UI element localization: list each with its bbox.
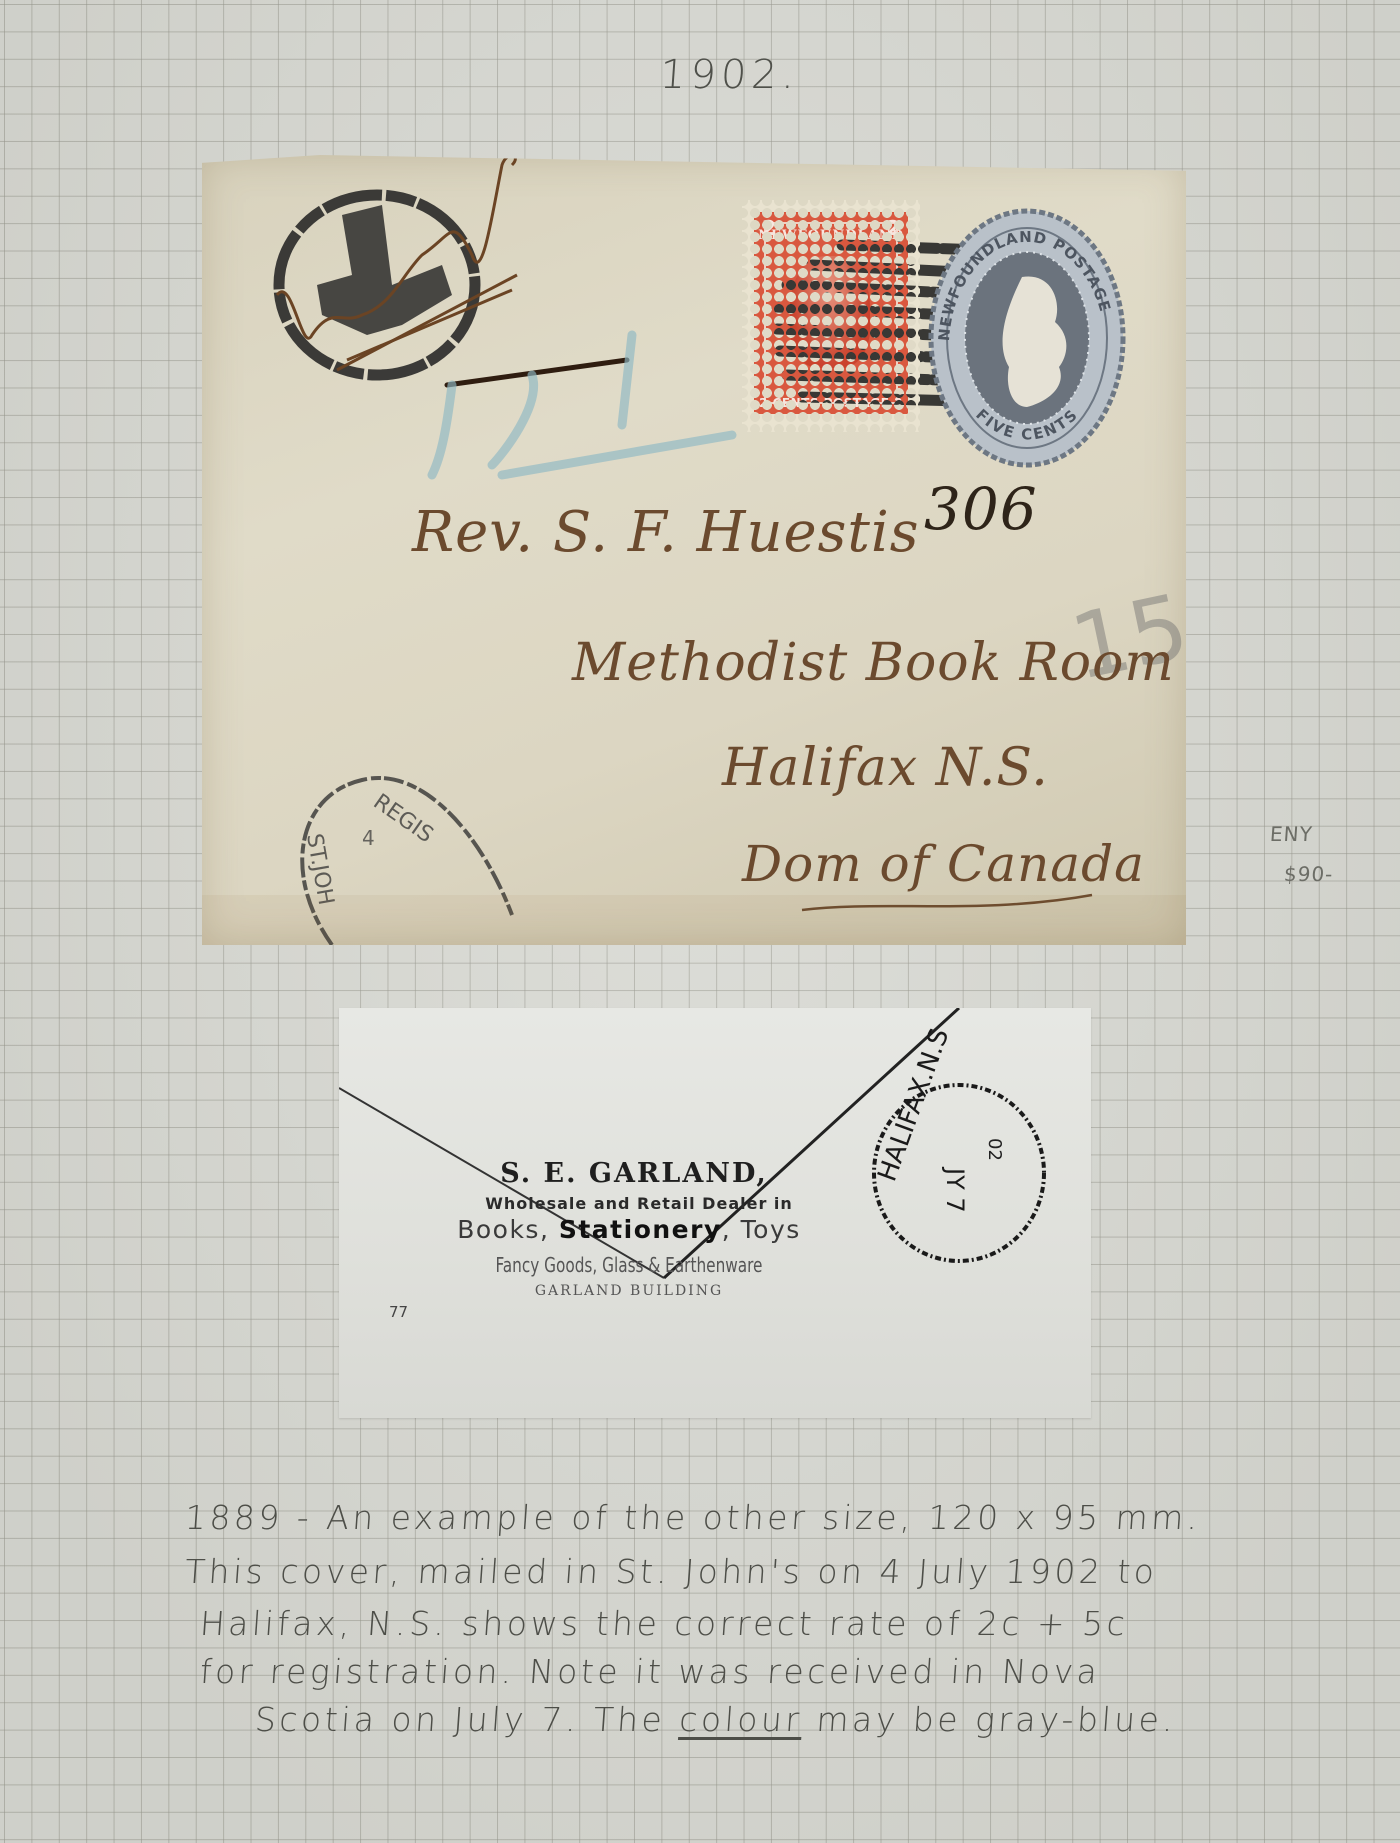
description-line-5-end: may be gray-blue. — [801, 1700, 1178, 1739]
newfoundland-2c-stamp: 2 2 NEWFOUNDLAND 2 CENTS POSTAGE 2 — [742, 200, 920, 432]
description-underlined-word: colour — [678, 1700, 804, 1739]
address-reference-number: 306 — [924, 475, 1038, 543]
imprint-books: Books, — [457, 1215, 559, 1244]
king-edward-portrait-icon — [790, 256, 870, 368]
margin-note-price: $90- — [1283, 862, 1334, 886]
imprint-stationery: Stationery — [559, 1215, 722, 1244]
stamp-value-label: 2 CENTS POSTAGE 2 — [754, 396, 908, 410]
stamp-face: 2 2 NEWFOUNDLAND 2 CENTS POSTAGE 2 — [754, 212, 908, 414]
margin-note-code: ENY — [1269, 822, 1314, 846]
imprint-street-number: 77 — [389, 1303, 408, 1321]
postmark-text-registered: REGIS — [369, 789, 438, 848]
cover-back-photocopy: HALIFAX.N.S JY 7 02 S. E. GARLAND, Whole… — [339, 1008, 1091, 1418]
imprint-line-4: GARLAND BUILDING — [379, 1283, 879, 1299]
imprint-line-1: Wholesale and Retail Dealer in — [389, 1194, 889, 1213]
address-line-3: Halifax N.S. — [722, 738, 1049, 798]
description-line-2: This cover, mailed in St. John's on 4 Ju… — [184, 1552, 1159, 1591]
cover-front: REGIS ST.JOH 4 2 2 NEWFOUNDLAND 2 CENTS … — [202, 155, 1186, 945]
svg-text:02: 02 — [984, 1138, 1005, 1161]
description-line-3: Halifax, N.S. shows the correct rate of … — [199, 1604, 1130, 1643]
address-name: Rev. S. F. Huestis — [412, 500, 920, 565]
stamp-country: NEWFOUNDLAND — [754, 228, 908, 243]
five-cent-indicium: NEWFOUNDLAND POSTAGE FIVE CENTS — [927, 207, 1127, 469]
description-line-4: for registration. Note it was received i… — [199, 1652, 1102, 1691]
postmark-day: 4 — [362, 826, 375, 850]
imprint-line-2: Books, Stationery, Toys — [379, 1215, 879, 1244]
description-line-1: 1889 - An example of the other size, 120… — [184, 1498, 1203, 1537]
imprint-line-3: Fancy Goods, Glass & Earthenware — [417, 1253, 842, 1277]
address-line-4: Dom of Canada — [742, 835, 1145, 893]
imprint-toys: , Toys — [722, 1215, 801, 1244]
blue-crayon-mark — [432, 335, 732, 475]
description-line-5: Scotia on July 7. The colour may be gray… — [254, 1700, 1178, 1739]
imprint-business-name: S. E. GARLAND, — [384, 1158, 884, 1189]
envelope-flap-lines: HALIFAX.N.S JY 7 02 — [339, 1008, 1091, 1418]
address-line-2: Methodist Book Room — [572, 633, 1175, 693]
postmark-date: JY 7 — [941, 1166, 969, 1213]
queen-victoria-indicium-icon: NEWFOUNDLAND POSTAGE FIVE CENTS — [927, 207, 1127, 469]
description-line-5-start: Scotia on July 7. The — [254, 1700, 681, 1739]
page-year-heading: 1902. — [658, 52, 801, 98]
